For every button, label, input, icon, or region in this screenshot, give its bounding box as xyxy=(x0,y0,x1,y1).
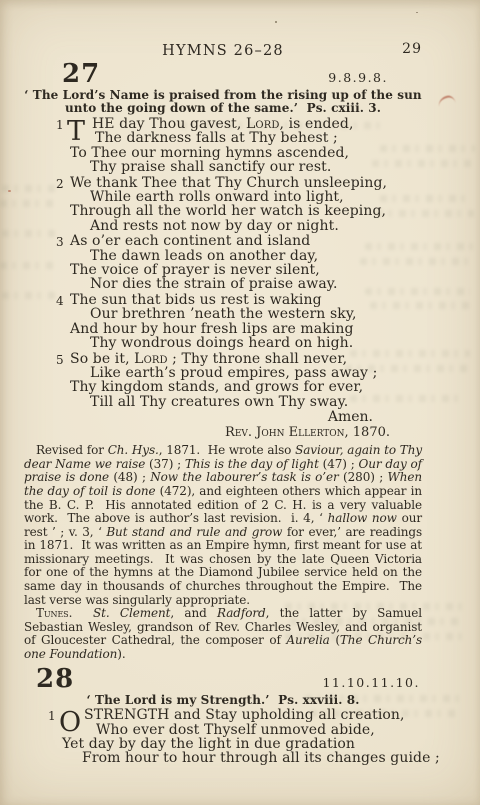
drop-cap-initial: T xyxy=(67,119,85,145)
red-speck xyxy=(8,190,11,192)
verse-line: And rests not now by day or night. xyxy=(70,219,422,233)
hymn-27-note: Revised for Ch. Hys., 1871. He wrote als… xyxy=(24,444,422,607)
hymn-28-meter: 11.10.11.10. xyxy=(322,675,420,690)
hymn-27-verses: 1THE day Thou gavest, Lord, is ended,The… xyxy=(70,117,422,409)
verse-line: The dawn leads on another day, xyxy=(70,249,422,263)
verse-number: 3 xyxy=(56,235,64,249)
author-attribution: Rev. John Ellerton, 1870. xyxy=(24,425,422,440)
hymn-verse: 3As o’er each continent and islandThe da… xyxy=(70,234,422,292)
hymn-28-epigraph: ‘ The Lord is my Strength.’ Ps. xxviii. … xyxy=(24,694,422,707)
verse-line: The darkness falls at Thy behest ; xyxy=(70,131,422,145)
verse-line: We thank Thee that Thy Church unsleeping… xyxy=(70,176,422,190)
verse-line: And hour by hour fresh lips are making xyxy=(70,322,422,336)
verse-line: The voice of prayer is never silent, xyxy=(70,263,422,277)
red-ink-mark xyxy=(437,94,455,106)
verse-line: Like earth’s proud empires, pass away ; xyxy=(70,366,422,380)
hymn-verse: 1OSTRENGTH and Stay upholding all creati… xyxy=(62,708,422,766)
verse-number: 4 xyxy=(56,294,64,308)
hymn-verse: 4The sun that bids us rest is wakingOur … xyxy=(70,293,422,351)
verse-line: As o’er each continent and island xyxy=(70,234,422,248)
hymn-verse: 5So be it, Lord ; Thy throne shall never… xyxy=(70,352,422,410)
page-number: 29 xyxy=(402,41,422,57)
verse-line: So be it, Lord ; Thy throne shall never, xyxy=(70,352,422,366)
verse-line: Through all the world her watch is keepi… xyxy=(70,204,422,218)
hymn-28-number: 28 xyxy=(36,668,74,690)
drop-cap-initial: O xyxy=(59,710,81,736)
hymn-28: 28 11.10.11.10. ‘ The Lord is my Strengt… xyxy=(24,668,422,766)
hymn-28-heading: 28 11.10.11.10. xyxy=(24,668,422,692)
verse-number: 1 xyxy=(48,709,56,723)
verse-line: Thy praise shall sanctify our rest. xyxy=(70,160,422,174)
hymn-verse: 2We thank Thee that Thy Church unsleepin… xyxy=(70,176,422,234)
verse-line: STRENGTH and Stay upholding all creation… xyxy=(62,708,422,722)
hymn-27-tunes-note: Tunes. St. Clement, and Radford, the lat… xyxy=(24,607,422,661)
verse-line: From hour to hour through all its change… xyxy=(62,751,422,765)
page-content: HYMNS 26–28 29 27 9.8.9.8. ‘ The Lord’s … xyxy=(24,0,422,767)
verse-line: Nor dies the strain of praise away. xyxy=(70,277,422,291)
scanned-book-page: HYMNS 26–28 29 27 9.8.9.8. ‘ The Lord’s … xyxy=(0,0,480,805)
verse-line: Till all Thy creatures own Thy sway. xyxy=(70,395,422,409)
hymn-verse: 1THE day Thou gavest, Lord, is ended,The… xyxy=(70,117,422,175)
running-header-title: HYMNS 26–28 xyxy=(162,43,284,59)
hymn-27: 27 9.8.9.8. ‘ The Lord’s Name is praised… xyxy=(24,63,422,662)
verse-line: HE day Thou gavest, Lord, is ended, xyxy=(70,117,422,131)
hymn-27-epigraph: ‘ The Lord’s Name is praised from the ri… xyxy=(24,89,422,114)
hymn-27-meter: 9.8.9.8. xyxy=(328,70,388,85)
verse-line: To Thee our morning hymns ascended, xyxy=(70,146,422,160)
amen-text: Amen. xyxy=(24,410,422,425)
verse-number: 1 xyxy=(56,118,64,132)
verse-line: Thy kingdom stands, and grows for ever, xyxy=(70,380,422,394)
running-header: HYMNS 26–28 29 xyxy=(24,40,422,57)
hymn-27-heading: 27 9.8.9.8. xyxy=(24,63,422,87)
verse-number: 5 xyxy=(56,353,64,367)
verse-number: 2 xyxy=(56,177,64,191)
verse-line: While earth rolls onward into light, xyxy=(70,190,422,204)
verse-line: Yet day by day the light in due gradatio… xyxy=(62,737,422,751)
verse-line: Our brethren ’neath the western sky, xyxy=(70,307,422,321)
verse-line: The sun that bids us rest is waking xyxy=(70,293,422,307)
hymn-28-verses: 1OSTRENGTH and Stay upholding all creati… xyxy=(62,708,422,766)
verse-line: Thy wondrous doings heard on high. xyxy=(70,336,422,350)
hymn-27-number: 27 xyxy=(62,63,100,85)
verse-line: Who ever dost Thyself unmoved abide, xyxy=(62,723,422,737)
